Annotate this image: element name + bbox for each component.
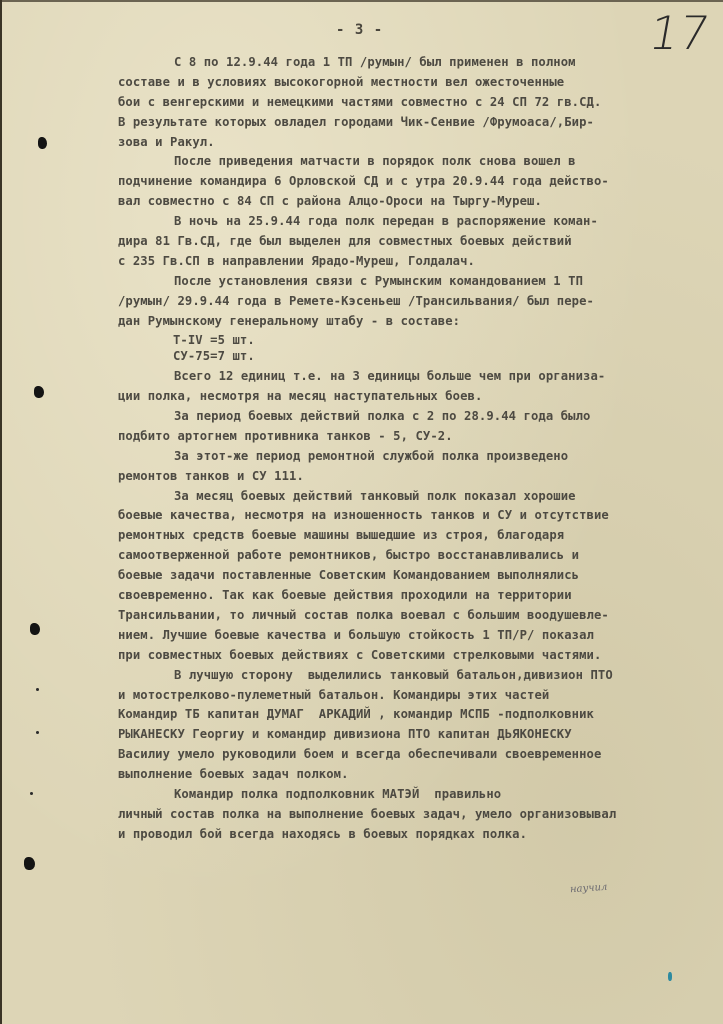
margin-speck: [30, 792, 33, 795]
text-line: Командир ТБ капитан ДУМАГ АРКАДИЙ , кома…: [118, 705, 718, 725]
text-line: бои с венгерскими и немецкими частями со…: [118, 93, 718, 113]
list-item: СУ-75=7 шт.: [118, 347, 718, 367]
typewritten-body: С 8 по 12.9.44 года 1 ТП /румын/ был при…: [118, 53, 718, 845]
margin-speck: [36, 731, 39, 734]
paragraph: После приведения матчасти в порядок полк…: [118, 152, 718, 212]
text-line: нием. Лучшие боевые качества и большую с…: [118, 626, 718, 646]
text-line: своевременно. Так как боевые действия пр…: [118, 586, 718, 606]
blue-ink-mark: [668, 972, 672, 981]
text-line: РЫКАНЕСКУ Георгиу и командир дивизиона П…: [118, 725, 718, 745]
text-line: при совместных боевых действиях с Советс…: [118, 646, 718, 666]
paragraph: За этот-же период ремонтной службой полк…: [118, 447, 718, 487]
text-line: С 8 по 12.9.44 года 1 ТП /румын/ был при…: [118, 53, 718, 73]
text-line: личный состав полка на выполнение боевых…: [118, 805, 718, 825]
equipment-list: Т-IV =5 шт.СУ-75=7 шт.: [118, 331, 718, 367]
archive-sheet-number: 17: [645, 6, 713, 60]
text-line: За месяц боевых действий танковый полк п…: [118, 487, 718, 507]
text-line: и проводил бой всегда находясь в боевых …: [118, 825, 718, 845]
paragraph: В ночь на 25.9.44 года полк передан в ра…: [118, 212, 718, 272]
binding-hole-mark: [34, 386, 44, 398]
text-line: зова и Ракул.: [118, 133, 718, 153]
binding-hole-mark: [24, 857, 35, 870]
text-line: После приведения матчасти в порядок полк…: [118, 152, 718, 172]
text-line: дан Румынскому генеральному штабу - в со…: [118, 312, 718, 332]
text-line: выполнение боевых задач полком.: [118, 765, 718, 785]
paragraph: В лучшую сторону выделились танковый бат…: [118, 666, 718, 785]
text-line: вал совместно с 84 СП с района Алцо-Орос…: [118, 192, 718, 212]
text-line: ции полка, несмотря на месяц наступатель…: [118, 387, 718, 407]
paragraph: Командир полка подполковник МАТЭЙ правил…: [118, 785, 718, 845]
text-line: ремонтов танков и СУ 111.: [118, 467, 718, 487]
text-line: За этот-же период ремонтной службой полк…: [118, 447, 718, 467]
paragraph: За месяц боевых действий танковый полк п…: [118, 487, 718, 666]
text-line: Василиу умело руководили боем и всегда о…: [118, 745, 718, 765]
paragraph: С 8 по 12.9.44 года 1 ТП /румын/ был при…: [118, 53, 718, 152]
text-line: боевые качества, несмотря на изношенност…: [118, 506, 718, 526]
text-line: боевые задачи поставленные Советским Ком…: [118, 566, 718, 586]
paragraph: За период боевых действий полка с 2 по 2…: [118, 407, 718, 447]
text-line: самоотверженной работе ремонтников, быст…: [118, 546, 718, 566]
binding-hole-mark: [30, 623, 40, 635]
text-line: и мотострелково-пулеметный батальон. Ком…: [118, 686, 718, 706]
text-line: подчинение командира 6 Орловской СД и с …: [118, 172, 718, 192]
text-line: За период боевых действий полка с 2 по 2…: [118, 407, 718, 427]
margin-speck: [36, 688, 39, 691]
text-line: с 235 Гв.СП в направлении Ярадо-Муреш, Г…: [118, 252, 718, 272]
page-number: - 3 -: [336, 22, 383, 38]
text-line: Всего 12 единиц т.е. на 3 единицы больше…: [118, 367, 718, 387]
document-page: - 3 - 17 С 8 по 12.9.44 года 1 ТП /румын…: [0, 0, 723, 1024]
paragraph: После установления связи с Румынским ком…: [118, 272, 718, 332]
text-line: В ночь на 25.9.44 года полк передан в ра…: [118, 212, 718, 232]
text-line: В результате которых овладел городами Чи…: [118, 113, 718, 133]
text-line: Командир полка подполковник МАТЭЙ правил…: [118, 785, 718, 805]
text-line: В лучшую сторону выделились танковый бат…: [118, 666, 718, 686]
text-line: дира 81 Гв.СД, где был выделен для совме…: [118, 232, 718, 252]
text-line: Трансильвании, то личный состав полка во…: [118, 606, 718, 626]
text-line: /румын/ 29.9.44 года в Ремете-Кэсеньеш /…: [118, 292, 718, 312]
paragraph: Всего 12 единиц т.е. на 3 единицы больше…: [118, 367, 718, 407]
binding-hole-mark: [38, 137, 47, 149]
text-line: ремонтных средств боевые машины вышедшие…: [118, 526, 718, 546]
text-line: После установления связи с Румынским ком…: [118, 272, 718, 292]
text-line: подбито артогнем противника танков - 5, …: [118, 427, 718, 447]
handwritten-insertion: научил: [570, 882, 608, 896]
text-line: составе и в условиях высокогорной местно…: [118, 73, 718, 93]
